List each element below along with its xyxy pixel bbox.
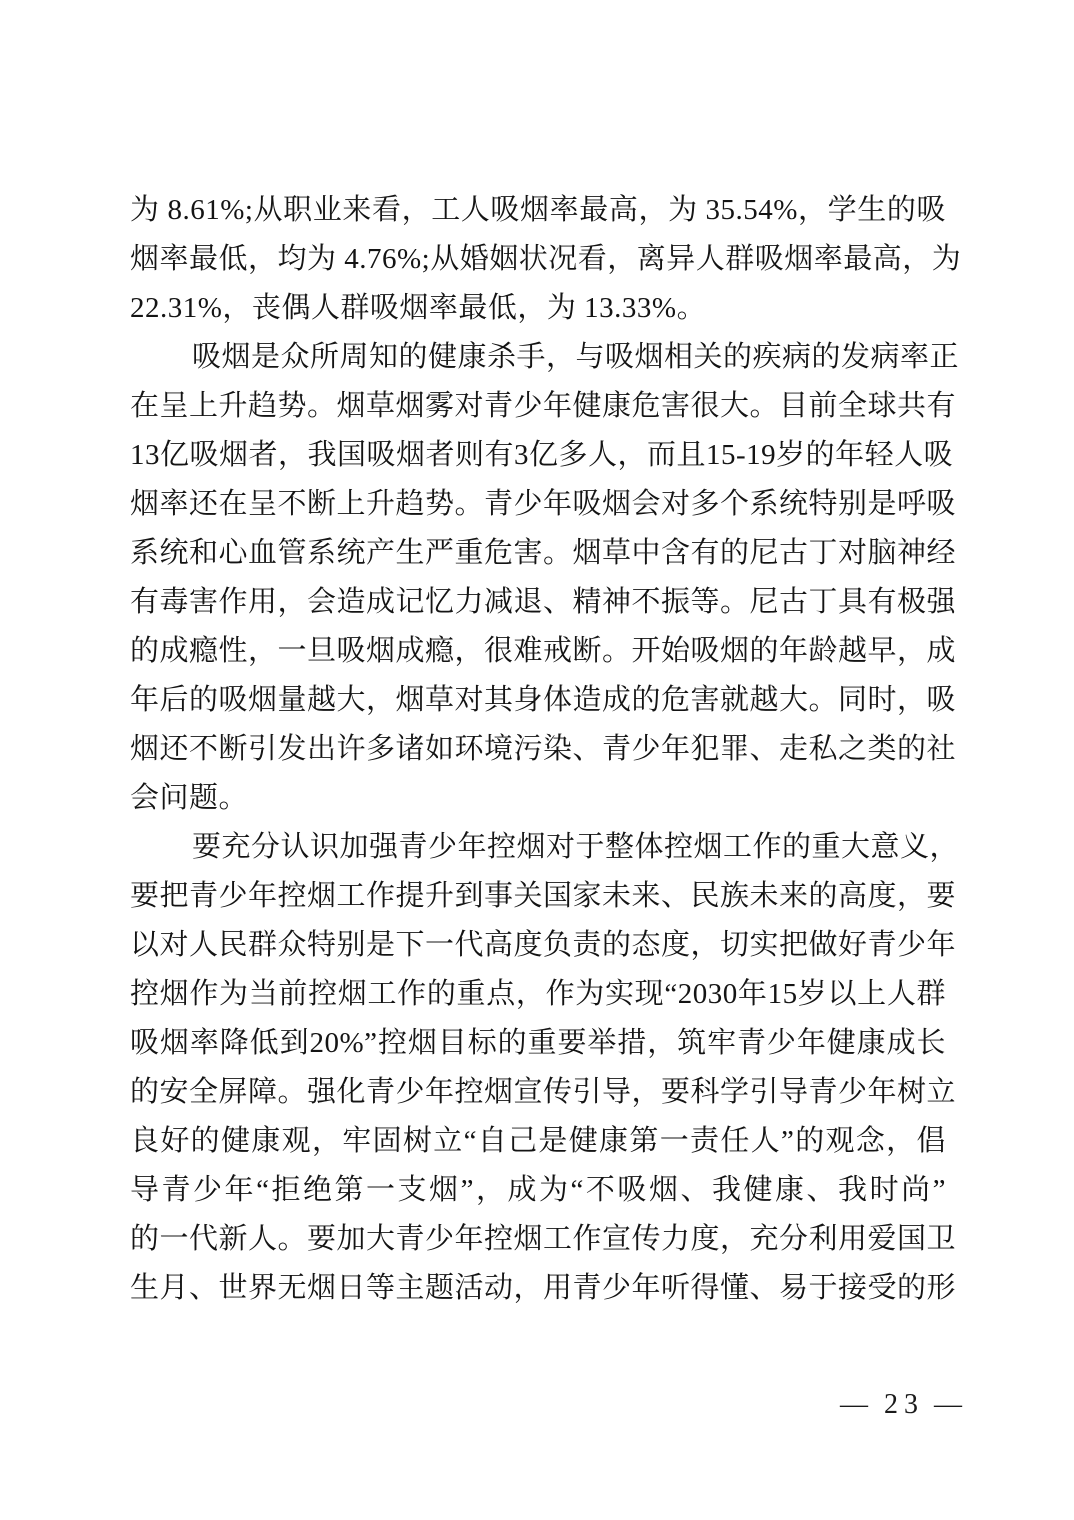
document-page: 为 8.61%;从职业来看，工人吸烟率最高，为 35.54%，学生的吸烟率最低，… [0,0,1074,1520]
text-line: 22.31%，丧偶人群吸烟率最低，为 13.33%。 [130,284,946,333]
text-line: 的安全屏障。强化青少年控烟宣传引导，要科学引导青少年树立 [130,1068,946,1117]
text-line: 要把青少年控烟工作提升到事关国家未来、民族未来的高度，要 [130,872,946,921]
text-line: 的成瘾性，一旦吸烟成瘾，很难戒断。开始吸烟的年龄越早，成 [130,627,946,676]
text-line: 会问题。 [130,774,946,823]
text-line: 良好的健康观，牢固树立“自己是健康第一责任人”的观念，倡 [130,1117,946,1166]
text-line: 生月、世界无烟日等主题活动，用青少年听得懂、易于接受的形 [130,1264,946,1313]
text-line: 为 8.61%;从职业来看，工人吸烟率最高，为 35.54%，学生的吸 [130,186,946,235]
text-line: 有毒害作用，会造成记忆力减退、精神不振等。尼古丁具有极强 [130,578,946,627]
text-line: 系统和心血管系统产生严重危害。烟草中含有的尼古丁对脑神经 [130,529,946,578]
text-line: 以对人民群众特别是下一代高度负责的态度，切实把做好青少年 [130,921,946,970]
document-body: 为 8.61%;从职业来看，工人吸烟率最高，为 35.54%，学生的吸烟率最低，… [130,186,946,1313]
text-line: 在呈上升趋势。烟草烟雾对青少年健康危害很大。目前全球共有 [130,382,946,431]
text-line: 吸烟是众所周知的健康杀手，与吸烟相关的疾病的发病率正 [130,333,946,382]
text-line: 的一代新人。要加大青少年控烟工作宣传力度，充分利用爱国卫 [130,1215,946,1264]
footer-dash-right: — [934,1388,962,1422]
text-line: 控烟作为当前控烟工作的重点，作为实现“2030年15岁以上人群 [130,970,946,1019]
text-line: 烟还不断引发出许多诸如环境污染、青少年犯罪、走私之类的社 [130,725,946,774]
text-line: 13亿吸烟者，我国吸烟者则有3亿多人，而且15-19岁的年轻人吸 [130,431,946,480]
text-line: 要充分认识加强青少年控烟对于整体控烟工作的重大意义， [130,823,946,872]
text-line: 吸烟率降低到20%”控烟目标的重要举措，筑牢青少年健康成长 [130,1019,946,1068]
text-line: 烟率还在呈不断上升趋势。青少年吸烟会对多个系统特别是呼吸 [130,480,946,529]
text-line: 导青少年“拒绝第一支烟”，成为“不吸烟、我健康、我时尚” [130,1166,946,1215]
text-line: 年后的吸烟量越大，烟草对其身体造成的危害就越大。同时，吸 [130,676,946,725]
footer-dash-left: — [840,1388,868,1422]
page-footer: — 23 — [840,1388,962,1422]
text-line: 烟率最低，均为 4.76%;从婚姻状况看，离异人群吸烟率最高，为 [130,235,946,284]
page-number: 23 [884,1388,924,1422]
